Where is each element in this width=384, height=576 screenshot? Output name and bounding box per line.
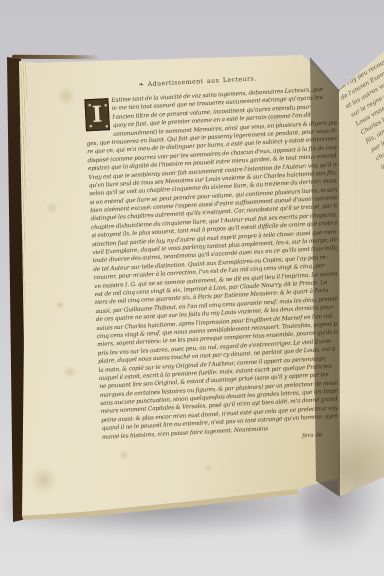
body-text: I Estime tant de la viuacité de voz sain… xyxy=(84,86,330,449)
drop-cap-initial: I xyxy=(84,98,110,131)
fleuron-icon: ❧ xyxy=(139,81,145,88)
board-top-edge xyxy=(12,55,100,60)
left-page-text-block: ❧ Aduertissement aux Lecteurs. I Estime … xyxy=(84,72,331,449)
book-photograph: ❧ Aduertissement aux Lecteurs. I Estime … xyxy=(0,0,384,576)
text-lines: Estime tant de la viuacité de voz sains … xyxy=(84,86,330,441)
